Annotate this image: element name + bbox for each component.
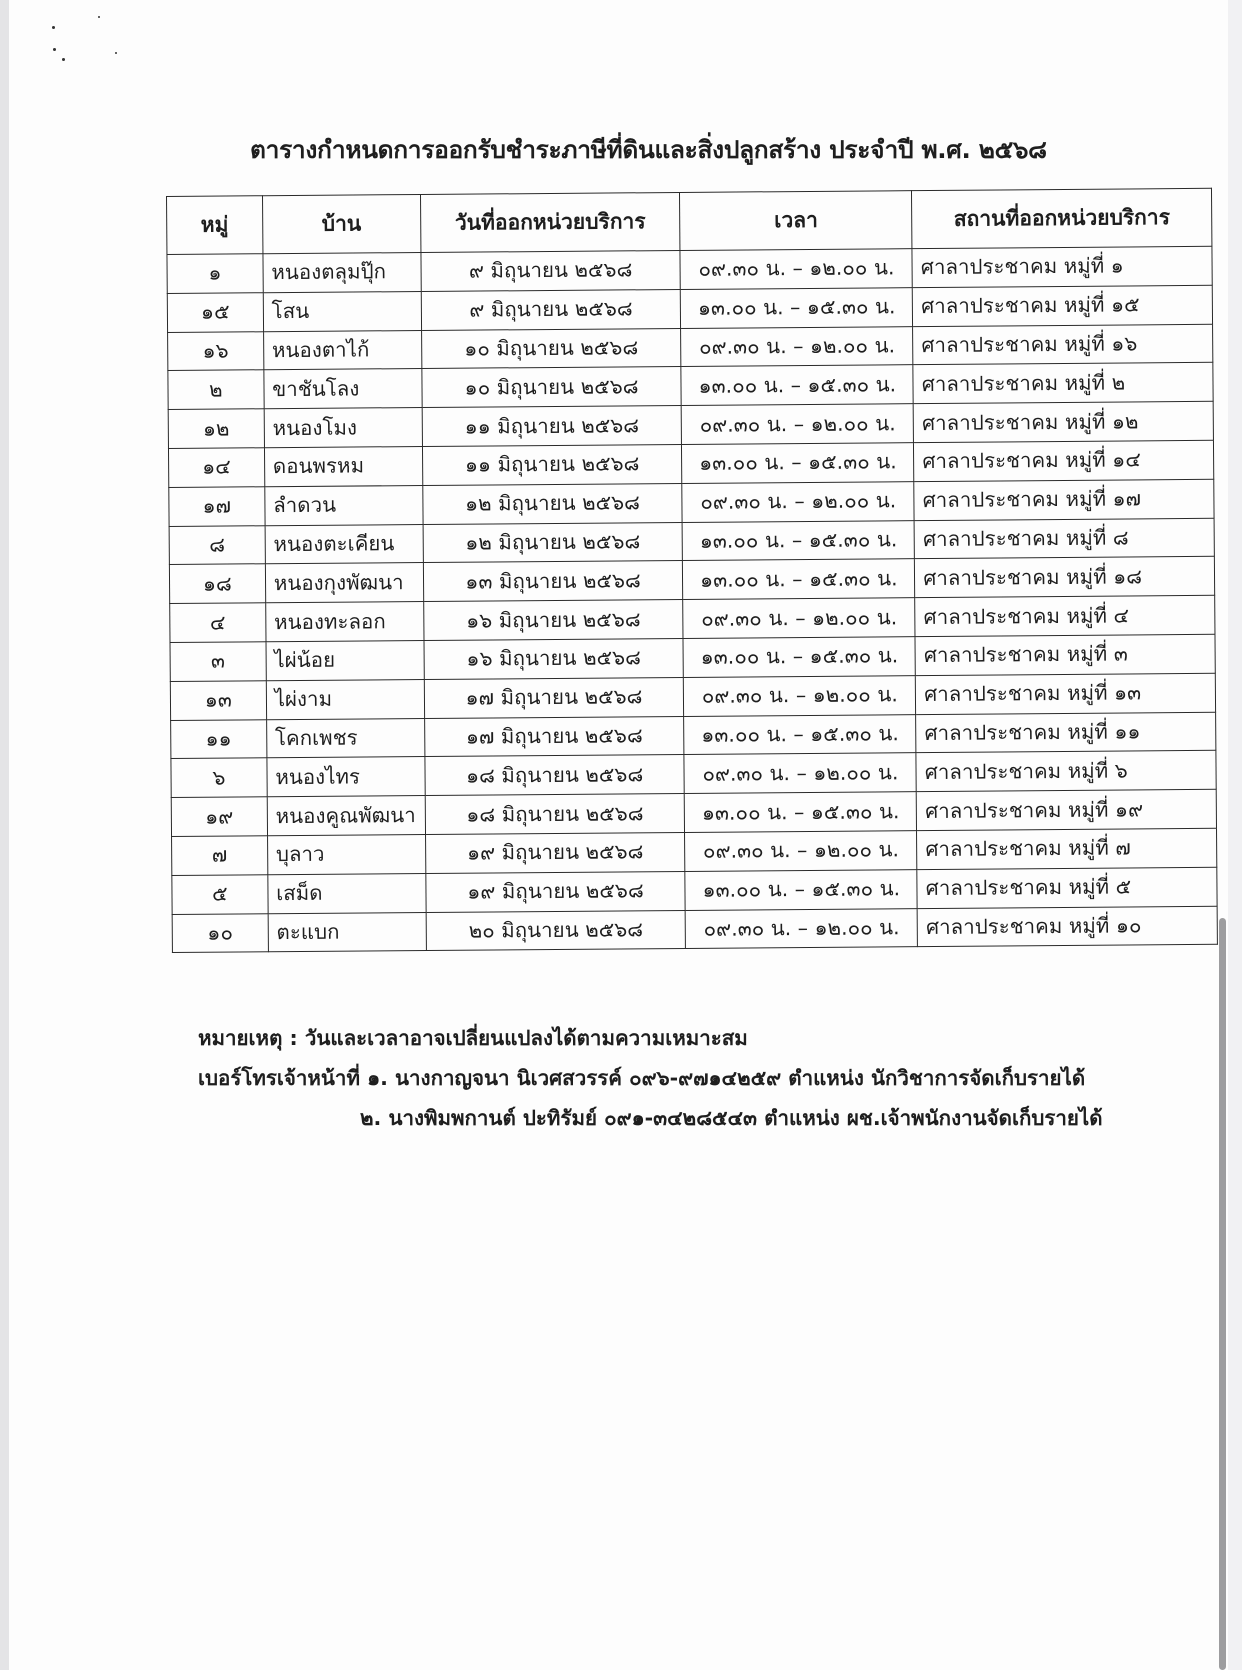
cell-village: หนองตาไก้ (263, 330, 421, 370)
cell-location: ศาลาประชาคม หมู่ที่ ๑๔ (914, 440, 1214, 481)
page-left-edge (0, 0, 9, 1670)
cell-time: ๐๙.๓๐ น. – ๑๒.๐๐ น. (682, 481, 914, 522)
cell-date: ๑๐ มิถุนายน ๒๕๖๘ (422, 367, 682, 408)
cell-time: ๐๙.๓๐ น. – ๑๒.๐๐ น. (684, 675, 916, 716)
cell-moo: ๑๗ (169, 487, 265, 527)
cell-time: ๐๙.๓๐ น. – ๑๒.๐๐ น. (680, 249, 912, 290)
document-title: ตารางกำหนดการออกรับชำระภาษีที่ดินและสิ่ง… (250, 130, 1030, 169)
remark-note: หมายเหตุ : วันและเวลาอาจเปลี่ยนแปลงได้ตา… (198, 1018, 1103, 1058)
table-body: ๑หนองตลุมปุ๊ก๙ มิถุนายน ๒๕๖๘๐๙.๓๐ น. – ๑… (167, 246, 1217, 953)
cell-moo: ๘ (169, 525, 265, 565)
notes-section: หมายเหตุ : วันและเวลาอาจเปลี่ยนแปลงได้ตา… (198, 1018, 1103, 1138)
cell-village: หนองไทร (267, 757, 425, 797)
cell-village: หนองกุงพัฒนา (265, 563, 423, 603)
cell-time: ๑๓.๐๐ น. – ๑๕.๓๐ น. (682, 520, 914, 561)
cell-village: ไผ่น้อย (266, 640, 424, 680)
cell-location: ศาลาประชาคม หมู่ที่ ๓ (915, 634, 1215, 675)
cell-village: ดอนพรหม (264, 446, 422, 486)
cell-location: ศาลาประชาคม หมู่ที่ ๖ (916, 751, 1216, 792)
cell-time: ๑๓.๐๐ น. – ๑๕.๓๐ น. (682, 443, 914, 484)
cell-date: ๒๐ มิถุนายน ๒๕๖๘ (426, 910, 686, 951)
cell-village: บุลาว (267, 834, 425, 874)
cell-moo: ๓ (170, 642, 266, 682)
cell-date: ๑๗ มิถุนายน ๒๕๖๘ (424, 716, 684, 757)
cell-village: เสม็ด (268, 873, 426, 913)
cell-location: ศาลาประชาคม หมู่ที่ ๘ (914, 518, 1214, 559)
cell-time: ๐๙.๓๐ น. – ๑๒.๐๐ น. (684, 753, 916, 794)
cell-village: ไผ่งาม (266, 679, 424, 719)
cell-village: หนองโมง (264, 408, 422, 448)
cell-moo: ๑๓ (170, 680, 266, 720)
cell-location: ศาลาประชาคม หมู่ที่ ๑๒ (913, 401, 1213, 442)
cell-location: ศาลาประชาคม หมู่ที่ ๒ (913, 363, 1213, 404)
cell-moo: ๑๒ (168, 409, 264, 449)
cell-moo: ๒ (168, 370, 264, 410)
contact-line-1: เบอร์โทรเจ้าหน้าที่ ๑. นางกาญจนา นิเวศสว… (198, 1058, 1103, 1098)
cell-time: ๐๙.๓๐ น. – ๑๒.๐๐ น. (686, 908, 918, 949)
cell-moo: ๕ (172, 874, 268, 914)
cell-location: ศาลาประชาคม หมู่ที่ ๑๑ (916, 712, 1216, 753)
header-date: วันที่ออกหน่วยบริการ (420, 192, 680, 252)
cell-moo: ๑๘ (169, 564, 265, 604)
cell-location: ศาลาประชาคม หมู่ที่ ๗ (917, 828, 1217, 869)
cell-moo: ๖ (171, 758, 267, 798)
cell-moo: ๑๕ (167, 293, 263, 333)
header-time: เวลา (680, 191, 912, 251)
table-row: ๑๐ตะแบก๒๐ มิถุนายน ๒๕๖๘๐๙.๓๐ น. – ๑๒.๐๐ … (172, 906, 1217, 953)
cell-location: ศาลาประชาคม หมู่ที่ ๑๓ (916, 673, 1216, 714)
header-village: บ้าน (262, 195, 420, 254)
cell-date: ๑๖ มิถุนายน ๒๕๖๘ (423, 600, 683, 641)
cell-date: ๑๑ มิถุนายน ๒๕๖๘ (422, 444, 682, 485)
contact-line-2: ๒. นางพิมพกานต์ ปะทิรัมย์ ๐๙๑-๓๔๒๘๕๔๓ ตำ… (198, 1098, 1103, 1138)
cell-time: ๐๙.๓๐ น. – ๑๒.๐๐ น. (683, 598, 915, 639)
schedule-table: หมู่ บ้าน วันที่ออกหน่วยบริการ เวลา สถาน… (166, 188, 1218, 954)
cell-time: ๑๓.๐๐ น. – ๑๕.๓๐ น. (685, 869, 917, 910)
cell-date: ๑๖ มิถุนายน ๒๕๖๘ (424, 638, 684, 679)
cell-village: หนองตะเคียน (265, 524, 423, 564)
cell-village: หนองตลุมปุ๊ก (263, 253, 421, 293)
cell-moo: ๑ (167, 254, 263, 294)
cell-moo: ๑๖ (168, 331, 264, 371)
cell-date: ๑๘ มิถุนายน ๒๕๖๘ (425, 755, 685, 796)
cell-village: ลำดวน (265, 485, 423, 525)
cell-time: ๑๓.๐๐ น. – ๑๕.๓๐ น. (685, 792, 917, 833)
cell-village: หนองทะลอก (265, 602, 423, 642)
cell-village: โสน (263, 291, 421, 331)
cell-date: ๑๘ มิถุนายน ๒๕๖๘ (425, 794, 685, 835)
cell-location: ศาลาประชาคม หมู่ที่ ๑๐ (917, 906, 1217, 947)
cell-village: ตะแบก (268, 912, 426, 952)
cell-moo: ๑๑ (171, 719, 267, 759)
cell-village: หนองคูณพัฒนา (267, 796, 425, 836)
cell-location: ศาลาประชาคม หมู่ที่ ๑๙ (916, 789, 1216, 830)
cell-time: ๐๙.๓๐ น. – ๑๒.๐๐ น. (685, 831, 917, 872)
header-location: สถานที่ออกหน่วยบริการ (912, 188, 1212, 248)
cell-time: ๐๙.๓๐ น. – ๑๒.๐๐ น. (682, 404, 914, 445)
cell-moo: ๑๔ (168, 448, 264, 488)
cell-date: ๑๙ มิถุนายน ๒๕๖๘ (425, 832, 685, 873)
cell-location: ศาลาประชาคม หมู่ที่ ๑๘ (915, 557, 1215, 598)
cell-location: ศาลาประชาคม หมู่ที่ ๕ (917, 867, 1217, 908)
cell-time: ๑๓.๐๐ น. – ๑๕.๓๐ น. (684, 714, 916, 755)
cell-village: ขาชันโลง (264, 369, 422, 409)
cell-location: ศาลาประชาคม หมู่ที่ ๔ (915, 595, 1215, 636)
cell-date: ๙ มิถุนายน ๒๕๖๘ (421, 289, 681, 330)
cell-date: ๑๐ มิถุนายน ๒๕๖๘ (421, 328, 681, 369)
cell-location: ศาลาประชาคม หมู่ที่ ๑๖ (913, 324, 1213, 365)
cell-village: โคกเพชร (266, 718, 424, 758)
cell-date: ๑๗ มิถุนายน ๒๕๖๘ (424, 677, 684, 718)
header-moo: หมู่ (167, 196, 263, 255)
cell-date: ๙ มิถุนายน ๒๕๖๘ (421, 250, 681, 291)
cell-time: ๑๓.๐๐ น. – ๑๕.๓๐ น. (683, 637, 915, 678)
cell-date: ๑๓ มิถุนายน ๒๕๖๘ (423, 561, 683, 602)
cell-moo: ๗ (172, 836, 268, 876)
cell-location: ศาลาประชาคม หมู่ที่ ๑๗ (914, 479, 1214, 520)
cell-date: ๑๙ มิถุนายน ๒๕๖๘ (426, 871, 686, 912)
cell-time: ๑๓.๐๐ น. – ๑๕.๓๐ น. (683, 559, 915, 600)
cell-location: ศาลาประชาคม หมู่ที่ ๑ (912, 246, 1212, 287)
cell-date: ๑๑ มิถุนายน ๒๕๖๘ (422, 406, 682, 447)
cell-location: ศาลาประชาคม หมู่ที่ ๑๕ (913, 285, 1213, 326)
vertical-scrollbar[interactable] (1219, 918, 1226, 1670)
page-right-edge (1228, 0, 1242, 1670)
cell-moo: ๑๙ (171, 797, 267, 837)
cell-time: ๐๙.๓๐ น. – ๑๒.๐๐ น. (681, 326, 913, 367)
cell-moo: ๑๐ (172, 913, 268, 953)
cell-date: ๑๒ มิถุนายน ๒๕๖๘ (422, 483, 682, 524)
cell-time: ๑๓.๐๐ น. – ๑๕.๓๐ น. (681, 365, 913, 406)
table-header-row: หมู่ บ้าน วันที่ออกหน่วยบริการ เวลา สถาน… (167, 188, 1212, 254)
cell-time: ๑๓.๐๐ น. – ๑๕.๓๐ น. (681, 287, 913, 328)
cell-moo: ๔ (170, 603, 266, 643)
cell-date: ๑๒ มิถุนายน ๒๕๖๘ (423, 522, 683, 563)
